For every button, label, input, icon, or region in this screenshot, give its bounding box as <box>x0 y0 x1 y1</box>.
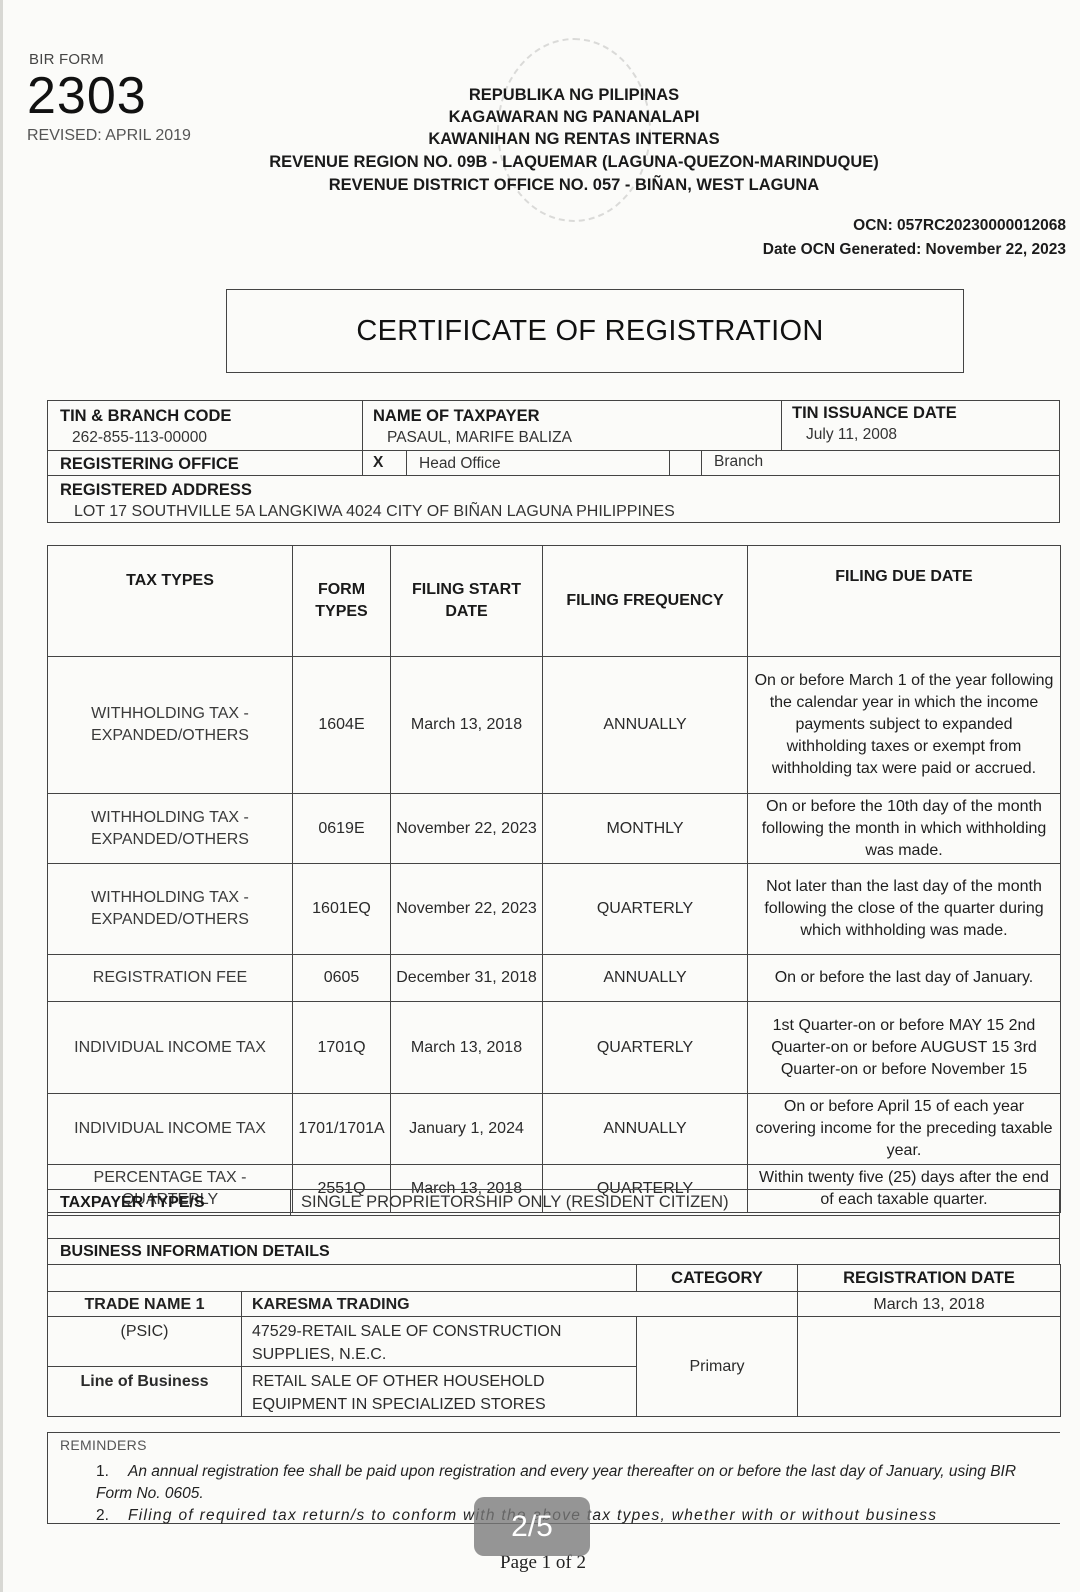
business-info-table: CATEGORY REGISTRATION DATE TRADE NAME 1 … <box>47 1264 1061 1417</box>
business-info-header-cell: BUSINESS INFORMATION DETAILS <box>47 1238 1060 1265</box>
branch-option: Branch <box>701 450 1060 476</box>
filing-start-date-cell: November 22, 2023 <box>391 794 543 864</box>
category-header: CATEGORY <box>637 1265 798 1292</box>
form-type-cell: 1701Q <box>293 1002 391 1094</box>
business-header-row: CATEGORY REGISTRATION DATE <box>48 1265 1061 1292</box>
certificate-title-box: CERTIFICATE OF REGISTRATION <box>226 289 964 373</box>
header-form-types: FORM TYPES <box>293 546 391 657</box>
business-info-title: BUSINESS INFORMATION DETAILS <box>60 1243 330 1261</box>
tax-table-row: WITHHOLDING TAX - EXPANDED/OTHERS0619ENo… <box>48 794 1061 864</box>
registered-address-label: REGISTERED ADDRESS <box>60 481 252 500</box>
agency-line-district: REVENUE DISTRICT OFFICE NO. 057 - BIÑAN,… <box>34 174 1080 196</box>
registration-date-value: March 13, 2018 <box>798 1292 1061 1317</box>
tax-table-row: WITHHOLDING TAX - EXPANDED/OTHERS1604EMa… <box>48 657 1061 794</box>
agency-line-department: KAGAWARAN NG PANANALAPI <box>34 106 1080 128</box>
agency-line-region: REVENUE REGION NO. 09B - LAQUEMAR (LAGUN… <box>34 151 1080 173</box>
filing-due-date-cell: On or before the 10th day of the month f… <box>748 794 1061 864</box>
form-type-cell: 0605 <box>293 955 391 1002</box>
tax-table-row: WITHHOLDING TAX - EXPANDED/OTHERS1601EQN… <box>48 864 1061 955</box>
filing-frequency-cell: ANNUALLY <box>543 955 748 1002</box>
form-type-cell: 1701/1701A <box>293 1094 391 1165</box>
filing-due-date-cell: On or before March 1 of the year followi… <box>748 657 1061 794</box>
form-label: BIR FORM <box>29 51 104 68</box>
branch-checkbox <box>669 450 702 476</box>
category-value: Primary <box>637 1317 798 1417</box>
reminder-number: 2. <box>96 1505 128 1527</box>
filing-due-date-cell: On or before the last day of January. <box>748 955 1061 1002</box>
form-type-cell: 1604E <box>293 657 391 794</box>
taxpayer-type-label: TAXPAYER TYPE/S <box>60 1194 205 1212</box>
tin-value: 262-855-113-00000 <box>72 429 207 447</box>
reminders-title: REMINDERS <box>60 1437 147 1453</box>
tax-type-cell: WITHHOLDING TAX - EXPANDED/OTHERS <box>48 864 293 955</box>
registered-address-cell: REGISTERED ADDRESS LOT 17 SOUTHVILLE 5A … <box>47 475 1060 523</box>
tin-label: TIN & BRANCH CODE <box>60 407 231 426</box>
registration-date-header: REGISTRATION DATE <box>798 1265 1061 1292</box>
filing-start-date-cell: November 22, 2023 <box>391 864 543 955</box>
filing-frequency-cell: QUARTERLY <box>543 1002 748 1094</box>
tin-issuance-cell: TIN ISSUANCE DATE July 11, 2008 <box>781 400 1060 451</box>
head-office-option: Head Office <box>406 450 670 476</box>
page-edge <box>0 0 3 1592</box>
line-of-business-label: Line of Business <box>48 1367 242 1417</box>
psic-label: (PSIC) <box>48 1317 242 1367</box>
tax-table-row: REGISTRATION FEE0605December 31, 2018ANN… <box>48 955 1061 1002</box>
ocn-number: OCN: 057RC20230000012068 <box>853 217 1066 235</box>
filing-start-date-cell: January 1, 2024 <box>391 1094 543 1165</box>
header-filing-frequency: FILING FREQUENCY <box>543 546 748 657</box>
tax-type-cell: INDIVIDUAL INCOME TAX <box>48 1002 293 1094</box>
registering-office-label: REGISTERING OFFICE <box>60 455 239 474</box>
head-office-checkbox: X <box>362 450 407 476</box>
taxpayer-name-cell: NAME OF TAXPAYER PASAUL, MARIFE BALIZA <box>362 400 782 451</box>
filing-due-date-cell: On or before April 15 of each year cover… <box>748 1094 1061 1165</box>
filing-start-date-cell: December 31, 2018 <box>391 955 543 1002</box>
psic-value: 47529-RETAIL SALE OF CONSTRUCTION SUPPLI… <box>242 1317 637 1367</box>
taxpayer-type-label-cell: TAXPAYER TYPE/S <box>47 1189 291 1216</box>
tax-type-cell: WITHHOLDING TAX - EXPANDED/OTHERS <box>48 794 293 864</box>
filing-start-date-cell: March 13, 2018 <box>391 657 543 794</box>
header-filing-start-date: FILING START DATE <box>391 546 543 657</box>
branch-label: Branch <box>714 453 763 471</box>
tax-type-cell: WITHHOLDING TAX - EXPANDED/OTHERS <box>48 657 293 794</box>
trade-name-label: TRADE NAME 1 <box>48 1292 242 1317</box>
tin-cell: TIN & BRANCH CODE 262-855-113-00000 <box>47 400 363 451</box>
head-office-label: Head Office <box>419 455 501 473</box>
form-type-cell: 0619E <box>293 794 391 864</box>
form-type-cell: 1601EQ <box>293 864 391 955</box>
tax-type-cell: REGISTRATION FEE <box>48 955 293 1002</box>
business-header-blank <box>48 1265 637 1292</box>
header-filing-due-date: FILING DUE DATE <box>748 546 1061 657</box>
registering-office-cell: REGISTERING OFFICE <box>47 450 363 476</box>
filing-frequency-cell: ANNUALLY <box>543 657 748 794</box>
trade-name-value: KARESMA TRADING <box>242 1292 798 1317</box>
taxpayer-name-label: NAME OF TAXPAYER <box>373 407 540 426</box>
taxpayer-name-value: PASAUL, MARIFE BALIZA <box>387 429 572 447</box>
reminder-number: 1. <box>96 1461 128 1483</box>
taxpayer-type-value-cell: SINGLE PROPRIETORSHIP ONLY (RESIDENT CIT… <box>290 1189 1060 1216</box>
document-page: BIR FORM 2303 REVISED: APRIL 2019 REPUBL… <box>0 0 1080 1592</box>
tin-issuance-label: TIN ISSUANCE DATE <box>792 404 957 423</box>
tax-type-cell: INDIVIDUAL INCOME TAX <box>48 1094 293 1165</box>
head-office-check-mark: X <box>373 454 383 472</box>
filing-frequency-cell: ANNUALLY <box>543 1094 748 1165</box>
tax-types-table: TAX TYPES FORM TYPES FILING START DATE F… <box>47 545 1061 1213</box>
line-of-business-value: RETAIL SALE OF OTHER HOUSEHOLD EQUIPMENT… <box>242 1367 637 1417</box>
filing-due-date-cell: 1st Quarter-on or before MAY 15 2nd Quar… <box>748 1002 1061 1094</box>
certificate-title: CERTIFICATE OF REGISTRATION <box>356 315 823 348</box>
taxpayer-type-value: SINGLE PROPRIETORSHIP ONLY (RESIDENT CIT… <box>301 1193 729 1212</box>
tin-issuance-value: July 11, 2008 <box>806 426 897 444</box>
agency-line-bureau: KAWANIHAN NG RENTAS INTERNAS <box>34 128 1080 150</box>
filing-frequency-cell: MONTHLY <box>543 794 748 864</box>
filing-due-date-cell: Not later than the last day of the month… <box>748 864 1061 955</box>
tax-table-row: INDIVIDUAL INCOME TAX1701QMarch 13, 2018… <box>48 1002 1061 1094</box>
psic-row: (PSIC) 47529-RETAIL SALE OF CONSTRUCTION… <box>48 1317 1061 1367</box>
tax-table-header-row: TAX TYPES FORM TYPES FILING START DATE F… <box>48 546 1061 657</box>
ocn-date: Date OCN Generated: November 22, 2023 <box>763 241 1066 259</box>
filing-start-date-cell: March 13, 2018 <box>391 1002 543 1094</box>
tax-table-row: INDIVIDUAL INCOME TAX1701/1701AJanuary 1… <box>48 1094 1061 1165</box>
registered-address-value: LOT 17 SOUTHVILLE 5A LANGKIWA 4024 CITY … <box>74 503 675 521</box>
agency-line-republic: REPUBLIKA NG PILIPINAS <box>34 84 1080 106</box>
trade-name-row: TRADE NAME 1 KARESMA TRADING March 13, 2… <box>48 1292 1061 1317</box>
filing-frequency-cell: QUARTERLY <box>543 864 748 955</box>
page-indicator[interactable]: 2/5 <box>474 1497 590 1556</box>
blank-spacer-row <box>47 1215 1060 1239</box>
header-tax-types: TAX TYPES <box>48 546 293 657</box>
registration-date-blank <box>798 1317 1061 1417</box>
